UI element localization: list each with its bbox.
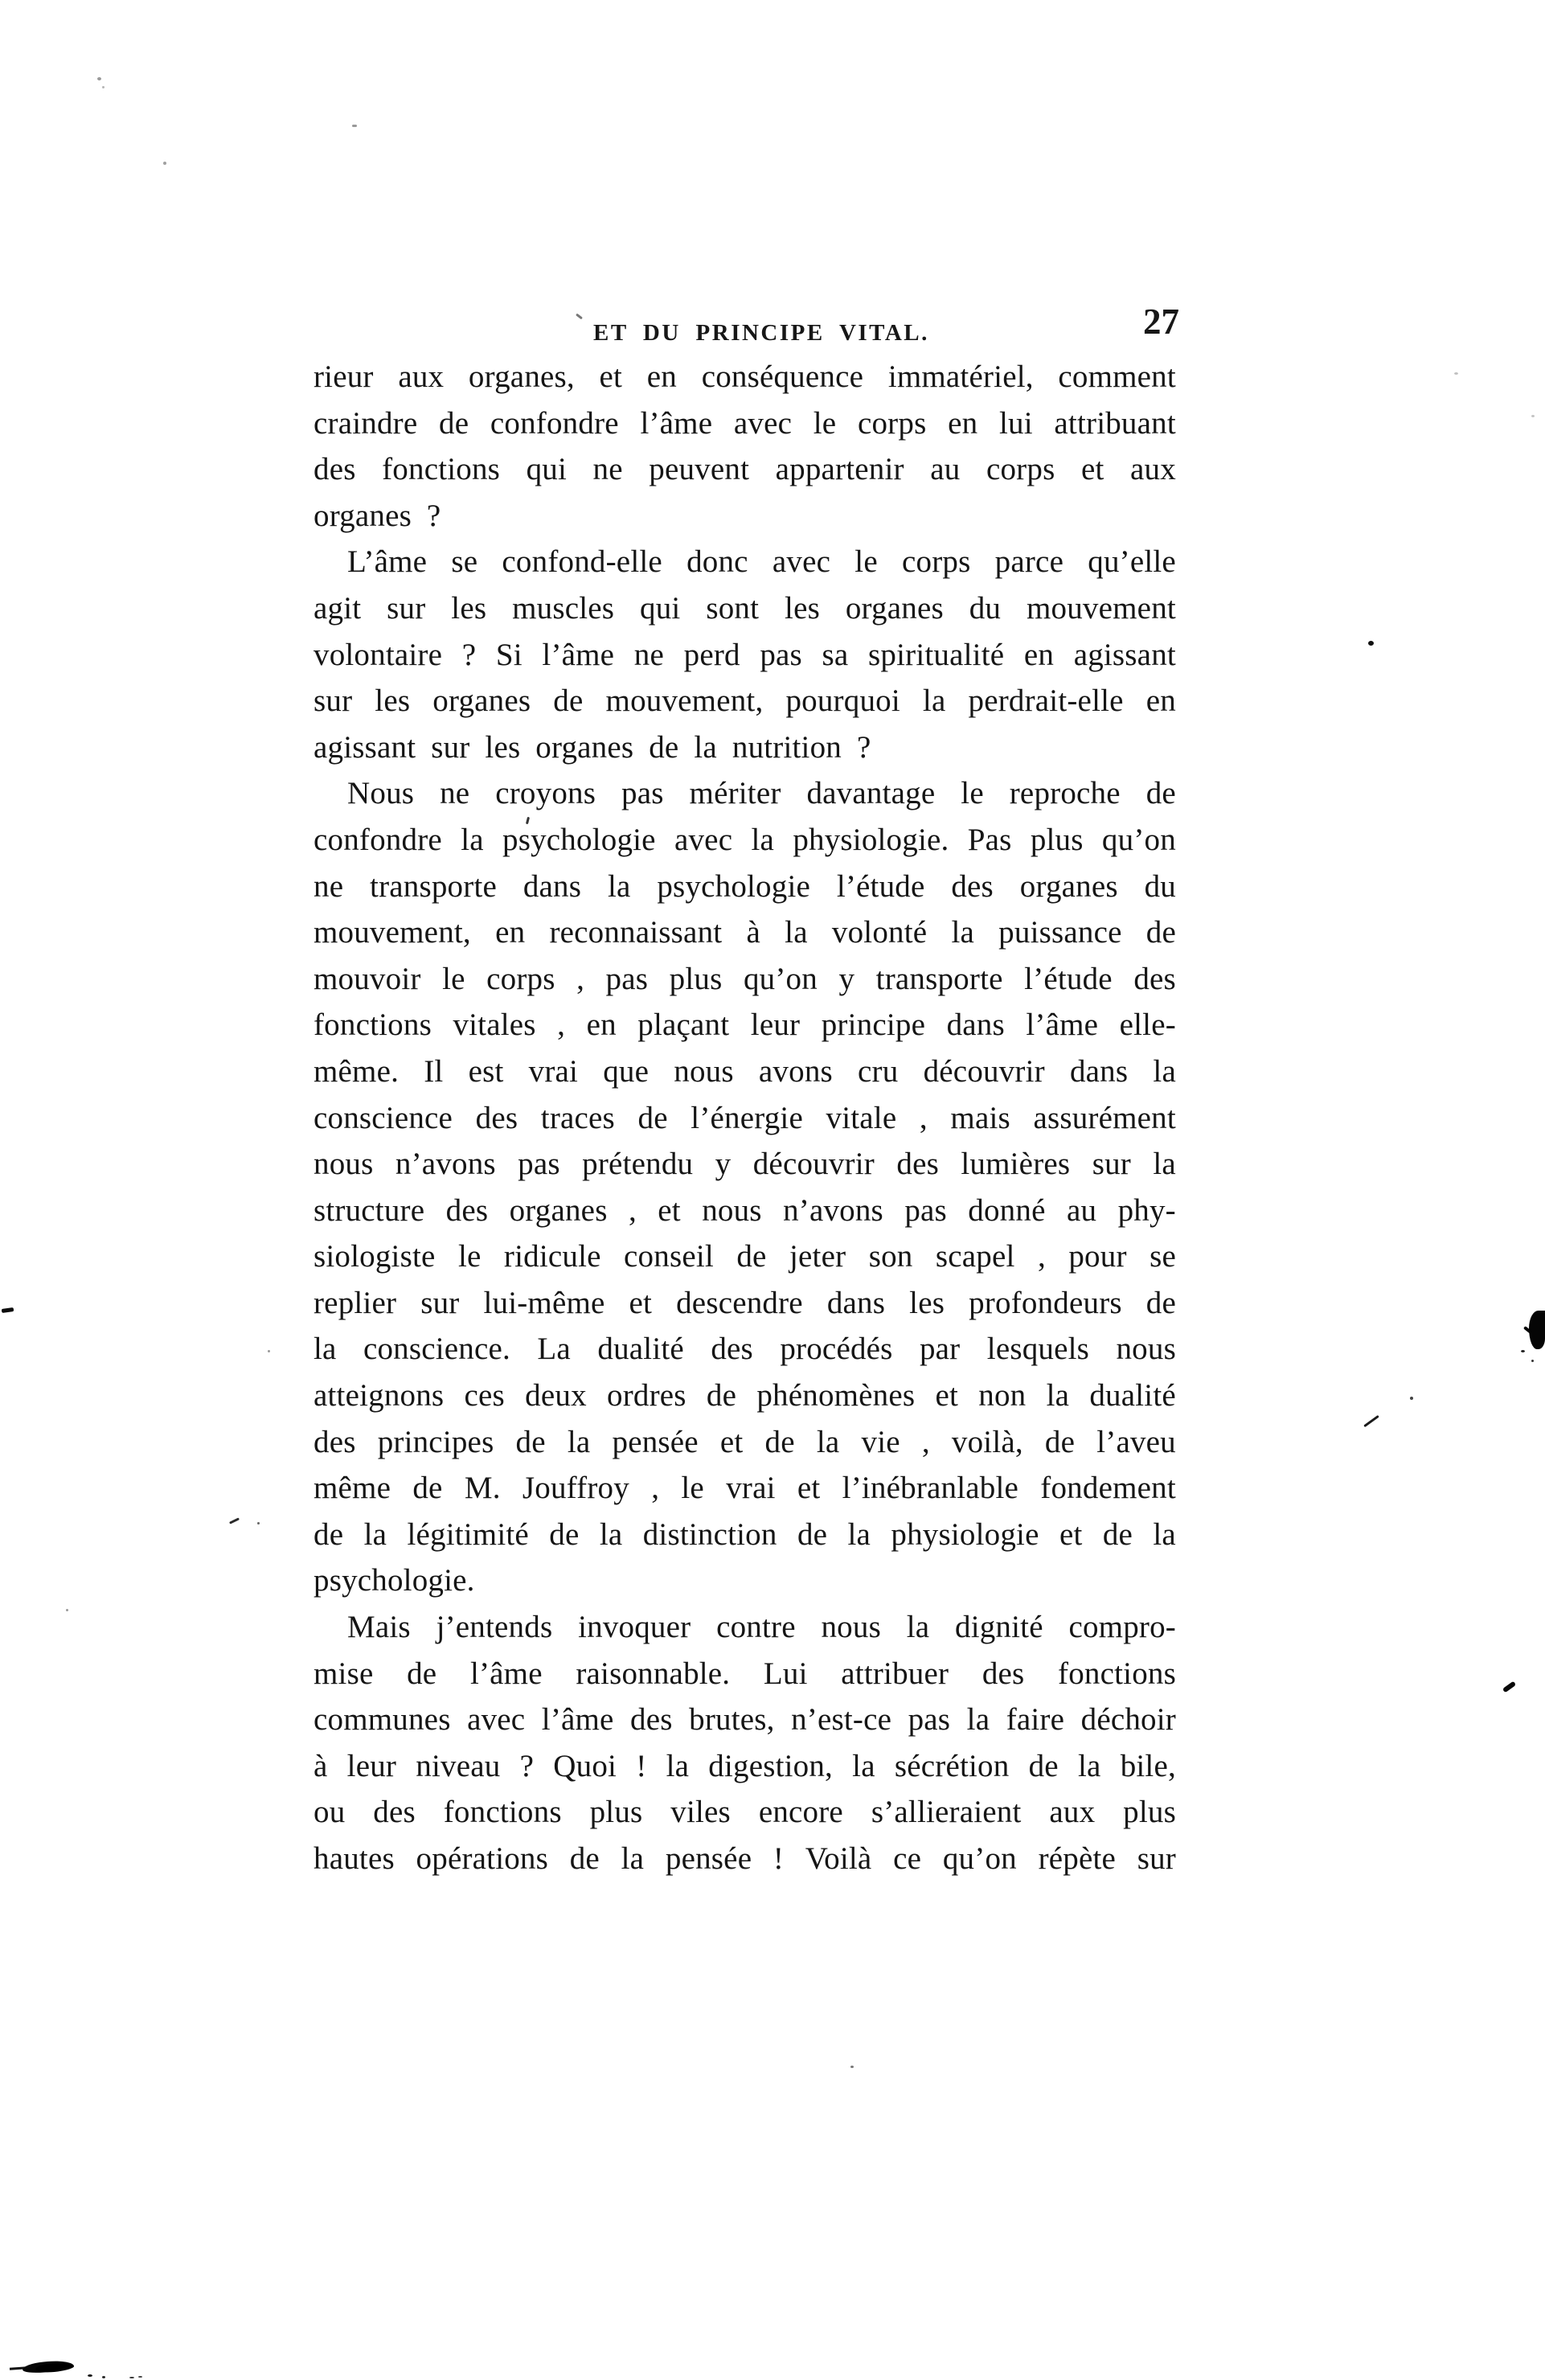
- scanned-book-page: ET DU PRINCIPE VITAL. 27 rieurauxorganes…: [0, 0, 1545, 2380]
- ink-smudge-bottom-left: [88, 2374, 92, 2377]
- text-line: agitsurlesmusclesquisontlesorganesdumouv…: [314, 585, 1176, 632]
- text-line: communesavecl’âmedesbrutes,n’est-cepasla…: [314, 1697, 1176, 1743]
- text-line: mouvement,enreconnaissantàlavolontélapui…: [314, 909, 1176, 956]
- page-number: 27: [1143, 304, 1179, 340]
- text-line: netransportedanslapsychologiel’étudedeso…: [314, 864, 1176, 910]
- text-line: fonctionsvitales,enplaçantleurprincipeda…: [314, 1002, 1176, 1048]
- text-line: même.Ilestvraiquenousavonscrudécouvrirda…: [314, 1048, 1176, 1095]
- text-block: rieurauxorganes,etenconséquenceimmatérie…: [314, 354, 1176, 1882]
- text-line: surlesorganesdemouvement,pourquoilaperdr…: [314, 678, 1176, 724]
- text-line: structuredesorganes,etnousn’avonspasdonn…: [314, 1188, 1176, 1234]
- ink-dot-left-margin: [268, 1350, 270, 1352]
- text-line: organes ?: [314, 493, 1176, 540]
- ink-dash-left-edge: [2, 1307, 14, 1313]
- text-line: àleurniveau?Quoi!ladigestion,lasécrétion…: [314, 1743, 1176, 1790]
- ink-speckle-top-left: [97, 77, 101, 80]
- text-line: agissant sur les organes de la nutrition…: [314, 724, 1176, 771]
- ink-speckle-right-margin: [1454, 372, 1458, 375]
- ink-speckle-top-left: [352, 125, 357, 127]
- text-line: oudesfonctionsplusvilesencores’allieraie…: [314, 1789, 1176, 1836]
- text-line: confondrelapsychologieaveclaphysiologie.…: [314, 817, 1176, 864]
- ink-slash-right-margin: [1363, 1415, 1379, 1427]
- text-line: laconscience.Ladualitédesprocédésparlesq…: [314, 1326, 1176, 1373]
- ink-dot-right-margin: [1368, 641, 1374, 646]
- text-line: Nousnecroyonspasmériterdavantagelereproc…: [314, 770, 1176, 817]
- text-line: delalégitimitédeladistinctiondelaphysiol…: [314, 1512, 1176, 1558]
- text-line: misedel’âmeraisonnable.Luiattribuerdesfo…: [314, 1651, 1176, 1697]
- text-line: L’âmeseconfond-elledoncaveclecorpsparceq…: [314, 539, 1176, 585]
- text-line: mouvoirlecorps,pasplusqu’onytransportel’…: [314, 956, 1176, 1003]
- text-line: desfonctionsquinepeuventapparteniraucorp…: [314, 446, 1176, 493]
- text-line: craindredeconfondrel’âmeaveclecorpsenlui…: [314, 400, 1176, 447]
- text-line: volontaire?Sil’âmeneperdpassaspiritualit…: [314, 632, 1176, 679]
- running-header-title: ET DU PRINCIPE VITAL.: [593, 320, 929, 347]
- ink-slash-left-margin: [229, 1517, 240, 1524]
- ink-dot-left-margin: [66, 1609, 68, 1611]
- ink-tick-right-margin: [1502, 1681, 1516, 1693]
- ink-speckle-header-left: [576, 314, 583, 320]
- text-line: consciencedestracesdel’énergievitale,mai…: [314, 1095, 1176, 1142]
- ink-speckle-top-left: [102, 86, 105, 88]
- text-line: atteignonscesdeuxordresdephénomènesetnon…: [314, 1373, 1176, 1419]
- text-line: siologisteleridiculeconseildejetersonsca…: [314, 1233, 1176, 1280]
- text-line: Maisj’entendsinvoquercontrenousladignité…: [314, 1604, 1176, 1651]
- ink-smudge-bottom-left: [102, 2376, 105, 2378]
- ink-dot-right-margin: [1410, 1397, 1413, 1400]
- text-line: rieurauxorganes,etenconséquenceimmatérie…: [314, 354, 1176, 400]
- ink-dot-below-text: [850, 2066, 854, 2068]
- ink-smudge-bottom-left: [138, 2376, 142, 2378]
- ink-speckle-top-left: [163, 162, 166, 165]
- ink-dot-left-margin: [257, 1522, 260, 1524]
- text-line: psychologie.: [314, 1557, 1176, 1604]
- text-line: mêmedeM.Jouffroy,levraietl’inébranlablef…: [314, 1465, 1176, 1512]
- ink-blob-right-edge: [1531, 1360, 1534, 1362]
- text-line: desprincipesdelapenséeetdelavie,voilà,de…: [314, 1419, 1176, 1466]
- ink-speckle-right-margin: [1531, 415, 1535, 417]
- text-line: hautesopérationsdelapensée!Voilàcequ’onr…: [314, 1836, 1176, 1882]
- text-line: nousn’avonspasprétenduydécouvrirdeslumiè…: [314, 1141, 1176, 1188]
- ink-smudge-bottom-left: [129, 2377, 134, 2378]
- ink-blob-right-edge: [1521, 1350, 1525, 1352]
- text-line: repliersurlui-mêmeetdescendredanslesprof…: [314, 1280, 1176, 1327]
